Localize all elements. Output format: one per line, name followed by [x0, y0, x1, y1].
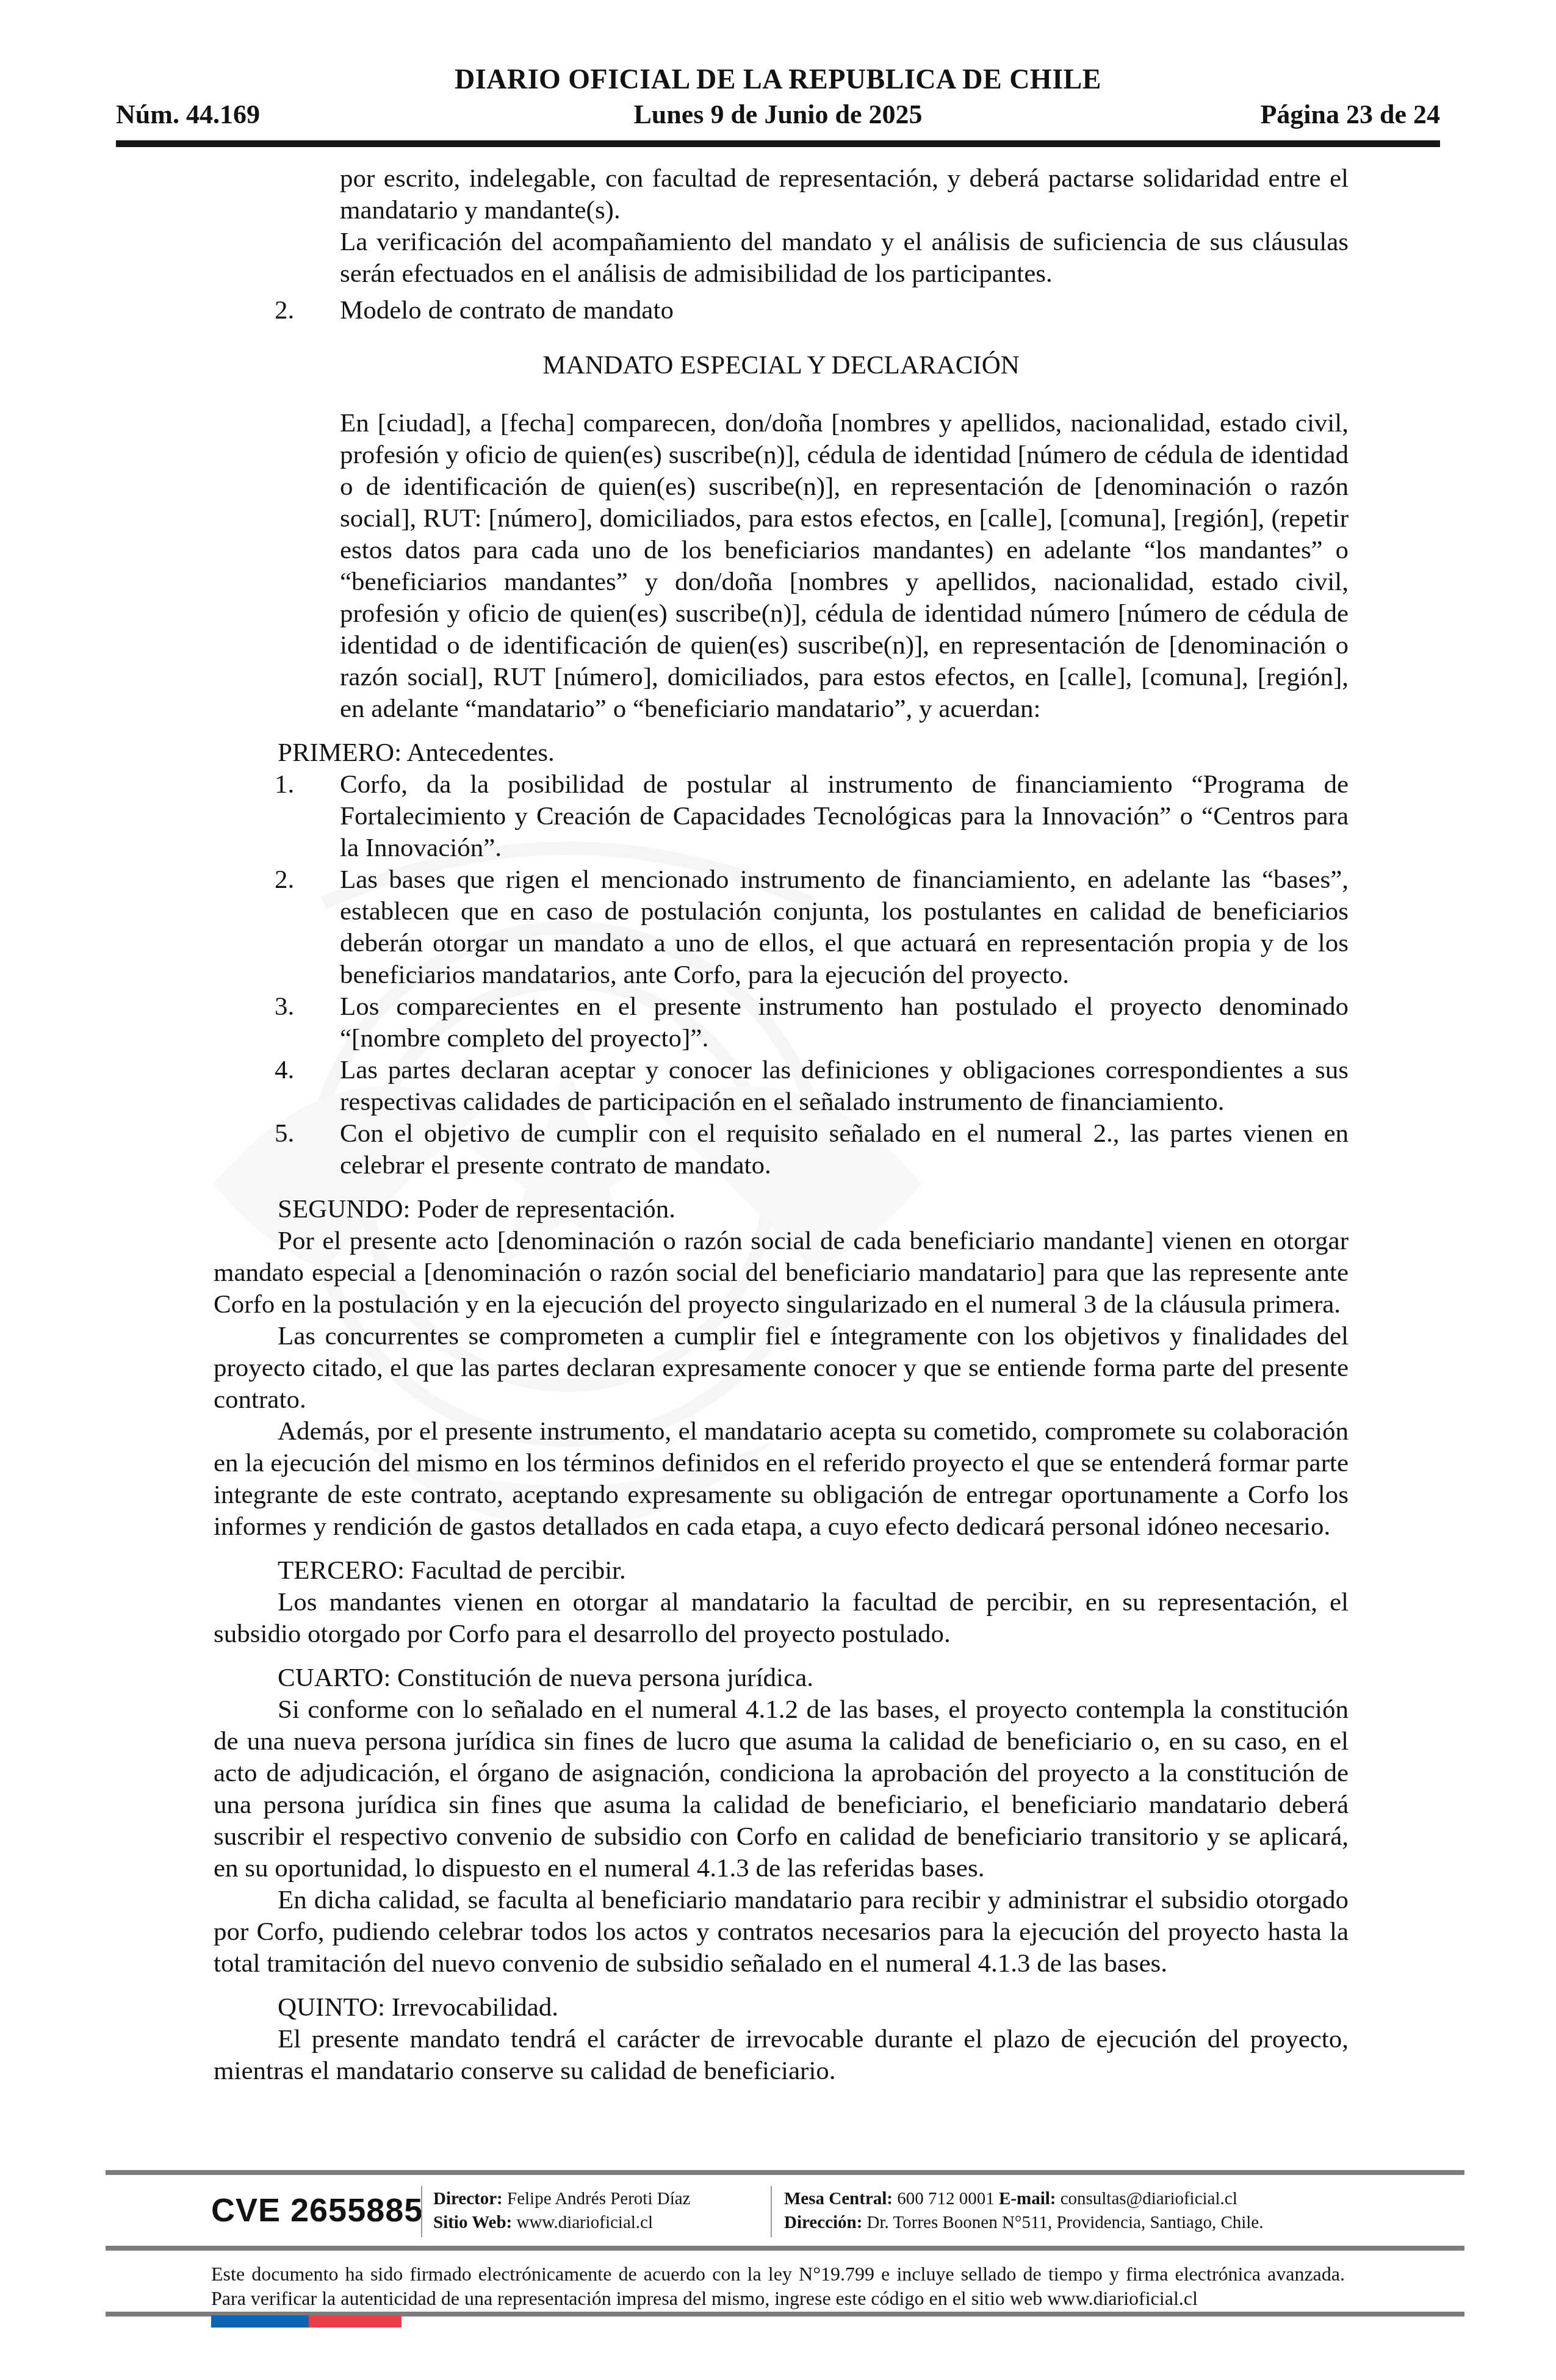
clause-list-item: 2.Las bases que rigen el mencionado inst… [214, 864, 1349, 991]
footer-rule-top [106, 2170, 1464, 2175]
mesa-label: Mesa Central: [784, 2189, 893, 2209]
electronic-signature-notice: Este documento ha sido firmado electróni… [211, 2262, 1345, 2310]
email-value: consultas@diarioficial.cl [1061, 2189, 1237, 2209]
contract-intro-paragraph: En [ciudad], a [fecha] comparecen, don/d… [340, 408, 1349, 725]
clause-heading: CUARTO: Constitución de nueva persona ju… [214, 1662, 1349, 1694]
page-header: DIARIO OFICIAL DE LA REPUBLICA DE CHILE … [0, 0, 1556, 147]
clause-paragraph: Si conforme con lo señalado en el numera… [214, 1694, 1349, 1884]
clause-heading: PRIMERO: Antecedentes. [214, 737, 1349, 769]
direccion-value: Dr. Torres Boonen N°511, Providencia, Sa… [867, 2213, 1264, 2232]
page-indicator: Página 23 de 24 [923, 99, 1440, 131]
list-item-text: Corfo, da la posibilidad de postular al … [340, 770, 1349, 862]
continuation-block: por escrito, indelegable, con facultad d… [214, 163, 1349, 290]
continuation-paragraph: La verificación del acompañamiento del m… [340, 226, 1349, 290]
item-number: 2. [275, 295, 294, 326]
list-item-text: Los comparecientes en el presente instru… [340, 992, 1349, 1053]
contract-clauses: PRIMERO: Antecedentes.1.Corfo, da la pos… [214, 737, 1349, 2087]
clause-heading: TERCERO: Facultad de percibir. [214, 1555, 1349, 1587]
email-label: E-mail: [999, 2189, 1056, 2209]
director-block: Director: Felipe Andrés Peroti Díaz Siti… [433, 2187, 690, 2235]
cve-code: CVE 2655885 [211, 2192, 423, 2229]
footer-divider-2 [771, 2186, 772, 2237]
continuation-paragraph: por escrito, indelegable, con facultad d… [340, 163, 1349, 226]
director-label: Director: [433, 2189, 503, 2209]
issue-number: Núm. 44.169 [116, 99, 633, 131]
clause-paragraph: El presente mandato tendrá el carácter d… [214, 2024, 1349, 2087]
list-item-text: Con el objetivo de cumplir con el requis… [340, 1119, 1349, 1180]
clause-paragraph: Las concurrentes se comprometen a cumpli… [214, 1321, 1349, 1416]
clause-heading: SEGUNDO: Poder de representación. [214, 1194, 1349, 1225]
clause-segundo: SEGUNDO: Poder de representación.Por el … [214, 1194, 1349, 1543]
footer-rule-middle [106, 2246, 1464, 2251]
list-item-text: Las bases que rigen el mencionado instru… [340, 865, 1349, 989]
clause-primero: PRIMERO: Antecedentes.1.Corfo, da la pos… [214, 737, 1349, 1181]
list-item-number: 3. [275, 991, 294, 1023]
sitio-line: Sitio Web: www.diarioficial.cl [433, 2211, 690, 2235]
contract-title: MANDATO ESPECIAL Y DECLARACIÓN [214, 350, 1349, 381]
item-text: Modelo de contrato de mandato [340, 296, 674, 325]
director-value: Felipe Andrés Peroti Díaz [507, 2189, 690, 2209]
direccion-line: Dirección: Dr. Torres Boonen N°511, Prov… [784, 2211, 1263, 2235]
clause-paragraph: Los mandantes vienen en otorgar al manda… [214, 1587, 1349, 1650]
clause-quinto: QUINTO: Irrevocabilidad.El presente mand… [214, 1992, 1349, 2087]
gazette-page: DIARIO OFICIAL DE LA REPUBLICA DE CHILE … [0, 0, 1556, 2380]
flag-red-segment [309, 2315, 402, 2328]
document-body: por escrito, indelegable, con facultad d… [0, 163, 1556, 2087]
masthead-title: DIARIO OFICIAL DE LA REPUBLICA DE CHILE [116, 63, 1440, 95]
chile-flag-mark [211, 2315, 402, 2328]
clause-list-item: 4.Las partes declaran aceptar y conocer … [214, 1055, 1349, 1118]
clause-cuarto: CUARTO: Constitución de nueva persona ju… [214, 1662, 1349, 1980]
header-meta-row: Núm. 44.169 Lunes 9 de Junio de 2025 Pág… [116, 99, 1440, 131]
footer-divider-1 [421, 2186, 422, 2237]
mesa-value: 600 712 0001 [897, 2189, 995, 2209]
list-item-number: 4. [275, 1055, 294, 1086]
sitio-value: www.diarioficial.cl [516, 2213, 653, 2232]
list-item-text: Las partes declaran aceptar y conocer la… [340, 1056, 1349, 1116]
clause-paragraph: Por el presente acto [denominación o raz… [214, 1225, 1349, 1321]
clause-heading: QUINTO: Irrevocabilidad. [214, 1992, 1349, 2024]
page-footer: CVE 2655885 Director: Felipe Andrés Pero… [106, 2170, 1464, 2328]
cve-row: CVE 2655885 Director: Felipe Andrés Pero… [106, 2186, 1464, 2237]
list-item-number: 1. [275, 769, 294, 801]
clause-list-item: 3.Los comparecientes en el presente inst… [214, 991, 1349, 1055]
issue-date: Lunes 9 de Junio de 2025 [633, 99, 922, 131]
clause-list-item: 1.Corfo, da la posibilidad de postular a… [214, 769, 1349, 864]
director-line: Director: Felipe Andrés Peroti Díaz [433, 2187, 690, 2211]
flag-blue-segment [211, 2315, 309, 2328]
list-item-number: 5. [275, 1118, 294, 1150]
contact-block: Mesa Central: 600 712 0001 E-mail: consu… [784, 2187, 1263, 2235]
clause-tercero: TERCERO: Facultad de percibir.Los mandan… [214, 1555, 1349, 1650]
list-item-number: 2. [275, 864, 294, 896]
sitio-label: Sitio Web: [433, 2213, 512, 2232]
numbered-item-2: 2. Modelo de contrato de mandato [214, 295, 1349, 326]
direccion-label: Dirección: [784, 2213, 862, 2232]
mesa-line: Mesa Central: 600 712 0001 E-mail: consu… [784, 2187, 1263, 2211]
clause-paragraph: En dicha calidad, se faculta al benefici… [214, 1884, 1349, 1980]
header-rule [116, 140, 1440, 147]
clause-paragraph: Además, por el presente instrumento, el … [214, 1416, 1349, 1543]
clause-list-item: 5.Con el objetivo de cumplir con el requ… [214, 1118, 1349, 1181]
